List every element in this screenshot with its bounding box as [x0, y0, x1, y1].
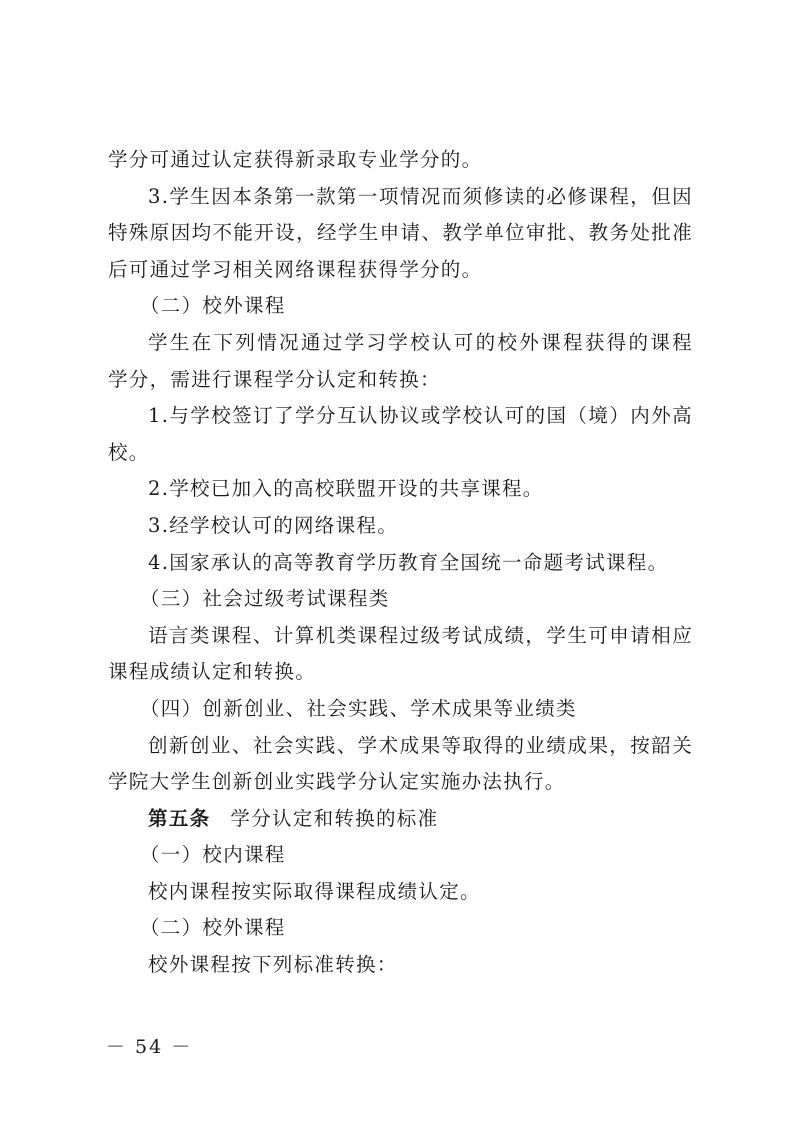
- list-item-3: 3.学生因本条第一款第一项情况而须修读的必修课程，但因: [108, 179, 693, 216]
- page-number: － 54 －: [106, 1032, 192, 1059]
- paragraph-line: 学生在下列情况通过学习学校认可的校外课程获得的课程: [108, 325, 693, 362]
- document-body: 学分可通过认定获得新录取专业学分的。 3.学生因本条第一款第一项情况而须修读的必…: [108, 142, 693, 984]
- section-heading-social-exam: （三）社会过级考试课程类: [108, 581, 693, 618]
- section-heading-innovation: （四）创新创业、社会实践、学术成果等业绩类: [108, 691, 693, 728]
- paragraph-line: 学院大学生创新创业实践学分认定实施办法执行。: [108, 764, 693, 801]
- list-item-4: 4.国家承认的高等教育学历教育全国统一命题考试课程。: [108, 545, 693, 582]
- article-number: 第五条: [148, 807, 210, 830]
- list-item-2: 2.学校已加入的高校联盟开设的共享课程。: [108, 471, 693, 508]
- paragraph-line: 校。: [108, 435, 693, 472]
- list-item-3: 3.经学校认可的网络课程。: [108, 508, 693, 545]
- paragraph-line: 学分，需进行课程学分认定和转换：: [108, 362, 693, 399]
- section-heading-on-campus: （一）校内课程: [108, 837, 693, 874]
- paragraph-line: 学分可通过认定获得新录取专业学分的。: [108, 142, 693, 179]
- paragraph-line: 校内课程按实际取得课程成绩认定。: [108, 874, 693, 911]
- section-heading-off-campus: （二）校外课程: [108, 288, 693, 325]
- section-heading-off-campus: （二）校外课程: [108, 910, 693, 947]
- paragraph-line: 特殊原因均不能开设，经学生申请、教学单位审批、教务处批准: [108, 215, 693, 252]
- paragraph-line: 语言类课程、计算机类课程过级考试成绩，学生可申请相应: [108, 618, 693, 655]
- paragraph-line: 创新创业、社会实践、学术成果等取得的业绩成果，按韶关: [108, 728, 693, 765]
- list-item-1: 1.与学校签订了学分互认协议或学校认可的国（境）内外高: [108, 398, 693, 435]
- paragraph-line: 校外课程按下列标准转换：: [108, 947, 693, 984]
- paragraph-line: 课程成绩认定和转换。: [108, 654, 693, 691]
- article-heading: 第五条学分认定和转换的标准: [108, 801, 693, 838]
- article-title: 学分认定和转换的标准: [230, 807, 438, 830]
- paragraph-line: 后可通过学习相关网络课程获得学分的。: [108, 252, 693, 289]
